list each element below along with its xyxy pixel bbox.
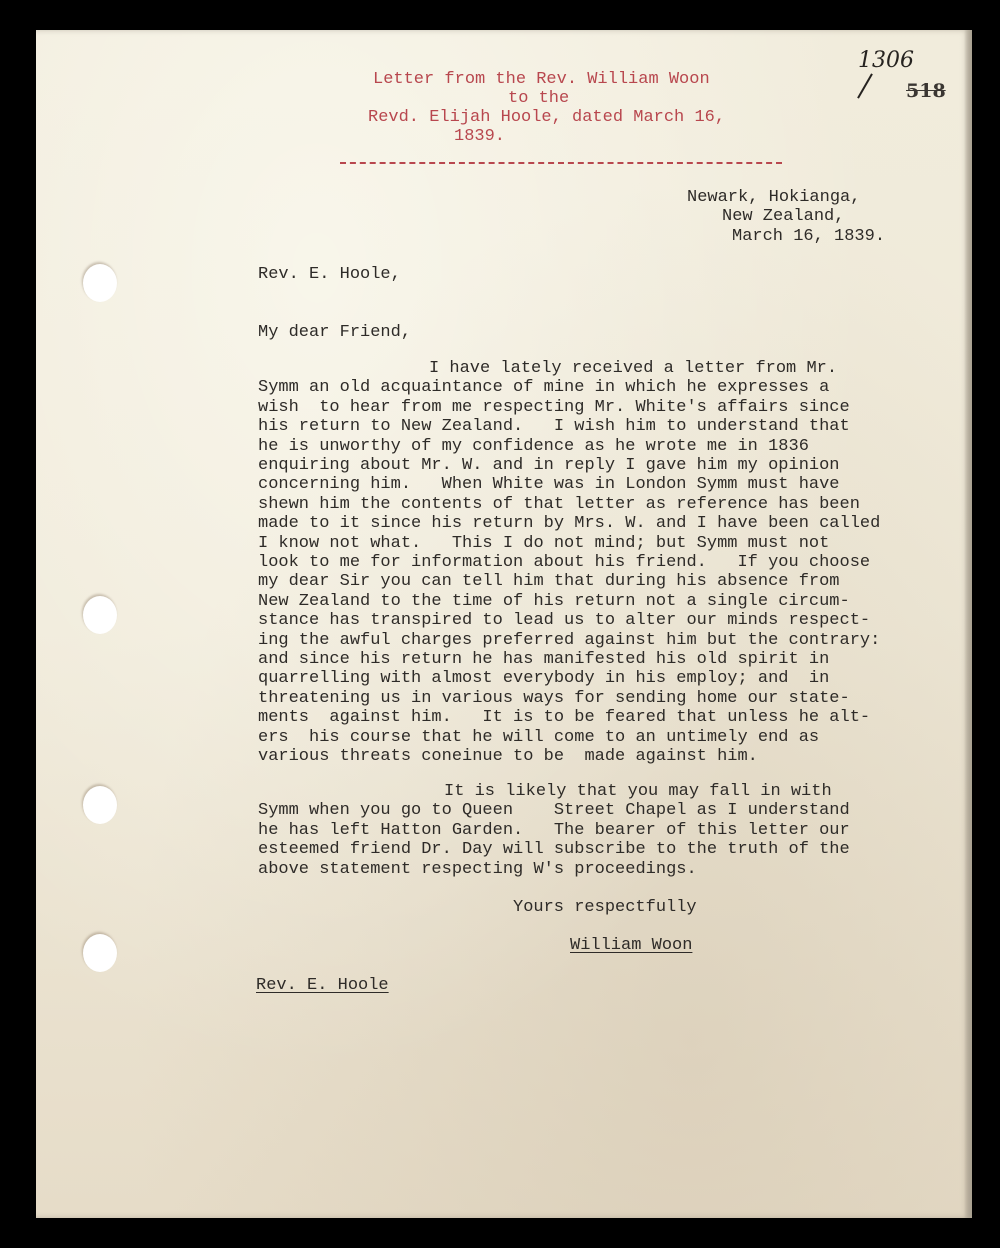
address-line-3: March 16, 1839. <box>732 227 885 246</box>
punch-hole-3 <box>83 786 117 824</box>
body-line: he has left Hatton Garden. The bearer of… <box>258 821 850 840</box>
body-line: enquiring about Mr. W. and in reply I ga… <box>258 456 840 475</box>
recipient-line: Rev. E. Hoole, <box>258 265 401 284</box>
body-line: various threats coneinue to be made agai… <box>258 747 758 766</box>
body-line: ments against him. It is to be feared th… <box>258 708 870 727</box>
body-line: It is likely that you may fall in with <box>444 782 832 801</box>
body-line: stance has transpired to lead us to alte… <box>258 611 870 630</box>
handwritten-archive-number: 1306 <box>858 48 914 73</box>
header-title-line-1: Letter from the Rev. William Woon <box>373 70 710 89</box>
footer-recipient: Rev. E. Hoole <box>256 976 389 995</box>
salutation: My dear Friend, <box>258 323 411 342</box>
body-line: Symm when you go to Queen Street Chapel … <box>258 801 850 820</box>
header-title-line-2: to the <box>508 89 569 108</box>
body-line: esteemed friend Dr. Day will subscribe t… <box>258 840 850 859</box>
body-line: and since his return he has manifested h… <box>258 650 829 669</box>
body-line: my dear Sir you can tell him that during… <box>258 572 840 591</box>
closing: Yours respectfully <box>513 898 697 917</box>
body-line: I know not what. This I do not mind; but… <box>258 534 829 553</box>
body-line: ers his course that he will come to an u… <box>258 728 819 747</box>
body-line: look to me for information about his fri… <box>258 553 870 572</box>
body-line: ing the awful charges preferred against … <box>258 631 880 650</box>
page-edge-shadow <box>964 30 972 1218</box>
punch-hole-1 <box>83 264 117 302</box>
body-line: Symm an old acquaintance of mine in whic… <box>258 378 829 397</box>
body-line: New Zealand to the time of his return no… <box>258 592 850 611</box>
address-line-1: Newark, Hokianga, <box>687 188 860 207</box>
body-line: concerning him. When White was in London… <box>258 475 840 494</box>
body-line: wish to hear from me respecting Mr. Whit… <box>258 398 850 417</box>
body-line: made to it since his return by Mrs. W. a… <box>258 514 880 533</box>
body-line: I have lately received a letter from Mr. <box>429 359 837 378</box>
body-line: above statement respecting W's proceedin… <box>258 860 697 879</box>
punch-hole-2 <box>83 596 117 634</box>
body-line: threatening us in various ways for sendi… <box>258 689 850 708</box>
body-line: his return to New Zealand. I wish him to… <box>258 417 850 436</box>
signature: William Woon <box>570 936 692 955</box>
body-line: he is unworthy of my confidence as he wr… <box>258 437 809 456</box>
address-line-2: New Zealand, <box>722 207 844 226</box>
header-divider <box>340 162 782 164</box>
punch-hole-4 <box>83 934 117 972</box>
body-line: quarrelling with almost everybody in his… <box>258 669 829 688</box>
header-title-line-4: 1839. <box>454 127 505 146</box>
stamped-page-number: 518 <box>906 80 946 102</box>
header-title-line-3: Revd. Elijah Hoole, dated March 16, <box>368 108 725 127</box>
body-line: shewn him the contents of that letter as… <box>258 495 860 514</box>
